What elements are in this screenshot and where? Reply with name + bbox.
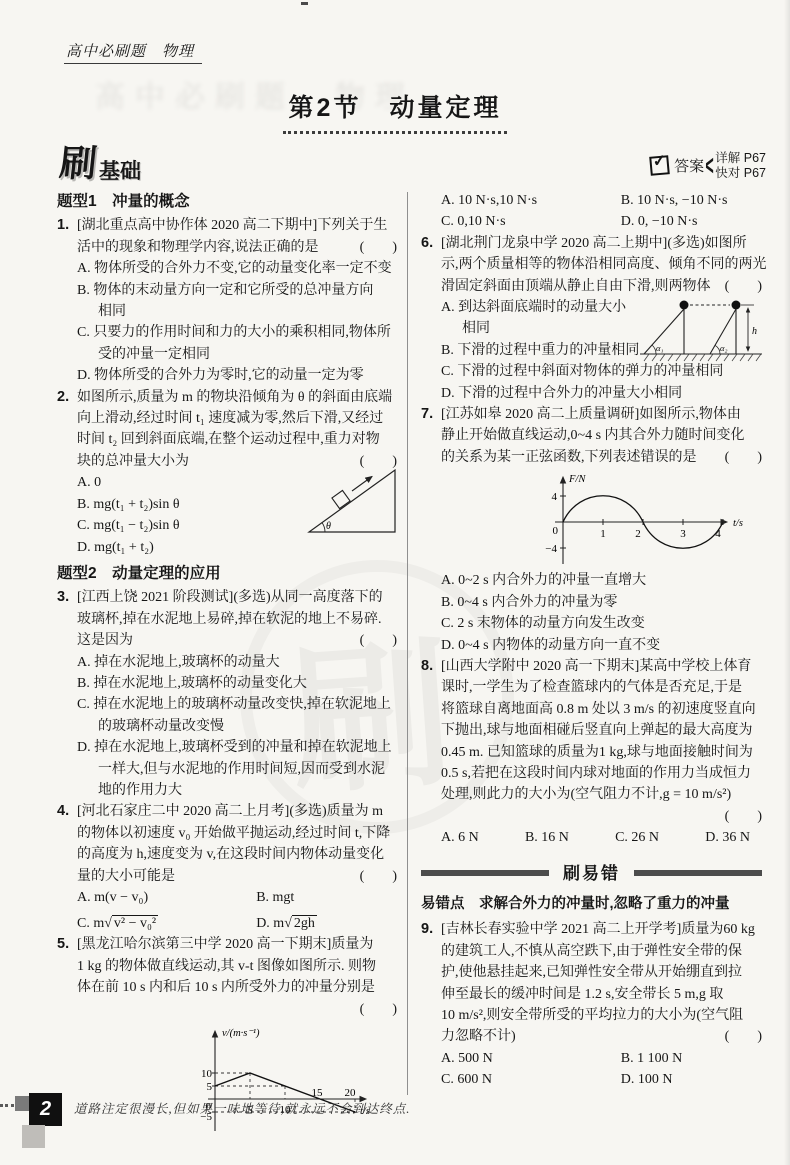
y-tick-label: 5: [207, 1081, 213, 1093]
answer-reference: ✓ 答案 < 详解 P67 快对 P67: [650, 150, 766, 181]
question-8: 8. [山西大学附中 2020 高一下期末]某高中学校上体育 课时,一学生为了检…: [421, 656, 762, 849]
question-text: 的物体以初速度 v₀ 开始做平抛运动,经过时间 t,下降: [77, 823, 397, 844]
question-text: 静止开始做直线运动,0~4 s 内其合外力随时间变化: [441, 425, 762, 446]
double-incline-figure: h α₁ α₂: [640, 297, 762, 365]
question-body: [湖北重点高中协作体 2020 高二下期中]下列关于生 活中的现象和物理学内容,…: [77, 215, 397, 386]
option-d: D. mg(t₁ + t₂): [77, 537, 272, 558]
question-number: 6.: [421, 233, 441, 404]
column-divider: [407, 192, 408, 1095]
angle-label: θ: [326, 521, 331, 532]
answer-paren: ( ): [360, 866, 397, 887]
question-text: [江苏如皋 2020 高二上质量调研]如图所示,物体由: [441, 404, 762, 425]
option-d: D. 100 N: [621, 1069, 673, 1090]
option-c-cont: 受的冲量一定相同: [98, 344, 397, 365]
question-text-line: 的关系为某一正弦函数,下列表述错误的是 ( ): [441, 447, 762, 468]
question-text: [江西上饶 2021 阶段测试](多选)从同一高度落下的: [77, 587, 397, 608]
question-3: 3. [江西上饶 2021 阶段测试](多选)从同一高度落下的 玻璃杯,掉在水泥…: [57, 587, 397, 801]
question-text: 示,两个质量相等的物体沿相同高度、倾角不同的两光: [441, 254, 762, 275]
options-row: A. m(v − v₀) B. mgt: [77, 887, 397, 908]
question-number: 2.: [57, 387, 77, 558]
question-6: 6. [湖北荆门龙泉中学 2020 高二上期中](多选)如图所 示,两个质量相等…: [421, 233, 762, 404]
question-text: 1 kg 的物体做直线运动,其 v-t 图像如图所示. 则物: [77, 956, 397, 977]
option-d: D. 下滑的过程中合外力的冲量大小相同: [441, 383, 762, 404]
answer-paren: ( ): [360, 237, 397, 258]
velocity-time-graph: v/(m·s⁻¹) 10 5 0 −5 5 10 15 20 t/s: [170, 1023, 375, 1135]
error-section-header: 刷易错: [421, 863, 762, 884]
answer-paren: ( ): [725, 1026, 762, 1047]
x-tick-label: 20: [345, 1087, 357, 1099]
question-text: 体在前 10 s 内和后 10 s 内所受外力的冲量分别是: [77, 977, 397, 998]
incline-figure: θ: [307, 466, 397, 536]
option-c: C. 只要力的作用时间和力的大小的乘积相同,物体所: [77, 322, 397, 343]
option-b: B. 16 N: [525, 827, 569, 848]
question-7: 7. [江苏如皋 2020 高二上质量调研]如图所示,物体由 静止开始做直线运动…: [421, 404, 762, 656]
option-c-prefix: C. m√: [77, 916, 112, 931]
height-label: h: [752, 326, 757, 337]
answer-quick-page: 快对 P67: [715, 166, 766, 181]
block: [332, 491, 350, 509]
angle-label-right: α₂: [720, 343, 727, 353]
x-tick-label: 2: [635, 528, 641, 540]
question-text-line: 力忽略不计) ( ): [441, 1026, 762, 1047]
question-text-line: 这是因为 ( ): [77, 630, 397, 651]
question-body: 如图所示,质量为 m 的物块沿倾角为 θ 的斜面由底端 向上滑动,经过时间 t₁…: [77, 387, 397, 558]
logo-small-text: 基础: [99, 155, 141, 185]
answer-label: 答案: [674, 155, 704, 176]
option-c: C. 0,10 N·s: [441, 211, 621, 232]
check-glyph: ✓: [652, 150, 667, 171]
question-text: 力忽略不计): [441, 1026, 516, 1047]
question-text: 下抛出,球与地面相碰后竖直向上弹起的最大高度为: [441, 720, 762, 741]
option-a: A. 6 N: [441, 827, 479, 848]
page-number: 2: [40, 1098, 51, 1121]
angle-arc: [322, 523, 325, 532]
workbook-page: 高中必刷题 物理 刷 高中必刷题 物理 第2节 动量定理 刷基础 ✓ 答案 < …: [0, 0, 790, 1165]
scan-speck: [301, 2, 308, 5]
topic-heading-2: 题型2 动量定理的应用: [57, 563, 397, 584]
option-a: A. 500 N: [441, 1048, 621, 1069]
question-number: 8.: [421, 656, 441, 849]
question-text: 如图所示,质量为 m 的物块沿倾角为 θ 的斜面由底端: [77, 387, 397, 408]
option-d-radicand: 2gh: [292, 915, 317, 931]
y-tick-label: −4: [545, 543, 557, 555]
footer-square-dark: [15, 1096, 30, 1111]
y-tick-label: 10: [201, 1068, 213, 1080]
option-a: A. 掉在水泥地上,玻璃杯的动量大: [77, 652, 397, 673]
options-row: C. 600 N D. 100 N: [441, 1069, 762, 1090]
option-b: B. 物体的末动量方向一定和它所受的总冲量方向: [77, 280, 397, 301]
options-row: C. 0,10 N·s D. 0, −10 N·s: [441, 211, 762, 232]
x-axis-label: t/s: [733, 518, 743, 529]
options-with-figure: A. 0 B. mg(t₁ + t₂)sin θ C. mg(t₁ − t₂)s…: [77, 472, 397, 558]
options-row: C. m√v² − v₀² D. m√2gh: [77, 908, 397, 934]
ground-hatching: [644, 354, 761, 361]
question-text: 0.45 m. 已知篮球的质量为1 kg,球与地面接触时间为: [441, 742, 762, 763]
section-title-wrap: 第2节 动量定理: [0, 88, 790, 134]
option-d: D. 物体所受的合外力为零时,它的动量一定为零: [77, 365, 397, 386]
answer-pages: 详解 P67 快对 P67: [715, 151, 766, 181]
y-tick-label: 4: [552, 491, 558, 503]
angle-label-left: α₁: [656, 343, 663, 353]
question-1: 1. [湖北重点高中协作体 2020 高二下期中]下列关于生 活中的现象和物理学…: [57, 215, 397, 386]
option-c: C. m√v² − v₀²: [77, 913, 256, 934]
question-text: 0.5 s,若把在这段时间内球对地面的作用力当成恒力: [441, 763, 762, 784]
page-title: 第2节 动量定理: [283, 88, 508, 134]
question-text: [吉林长春实验中学 2021 高二上开学考]质量为60 kg: [441, 919, 762, 940]
left-column: 题型1 冲量的概念 1. [湖北重点高中协作体 2020 高二下期中]下列关于生…: [57, 190, 397, 1135]
question-text: 处理,则此力的大小为(空气阻力不计,g = 10 m/s²): [441, 784, 762, 805]
basics-section-logo: 刷基础: [60, 133, 141, 187]
force-time-sine-graph: F/N 4 −4 0 1 2 3 4 t/s: [521, 470, 749, 568]
logo-big-char: 刷: [57, 133, 100, 187]
question-text: [湖北重点高中协作体 2020 高二下期中]下列关于生: [77, 215, 397, 236]
option-b: B. mg(t₁ + t₂)sin θ: [77, 494, 272, 515]
option-b: B. 1 100 N: [621, 1048, 682, 1069]
question-text: 将篮球自离地面高 0.8 m 处以 3 m/s 的初速度竖直向: [441, 699, 762, 720]
question-text: [河北石家庄二中 2020 高二上月考](多选)质量为 m: [77, 801, 397, 822]
question-text-line: 滑固定斜面由顶端从静止自由下滑,则两物体 ( ): [441, 276, 762, 297]
topic-heading-1: 题型1 冲量的概念: [57, 191, 397, 212]
question-text: 课时,一学生为了检查篮球内的气体是否充足,于是: [441, 677, 762, 698]
question-text: 的建筑工人,不慎从高空跌下,由于弹性安全带的保: [441, 941, 762, 962]
question-body: [江苏如皋 2020 高二上质量调研]如图所示,物体由 静止开始做直线运动,0~…: [441, 404, 762, 656]
question-9: 9. [吉林长春实验中学 2021 高二上开学考]质量为60 kg 的建筑工人,…: [421, 919, 762, 1090]
question-text: [湖北荆门龙泉中学 2020 高二上期中](多选)如图所: [441, 233, 762, 254]
question-text: 的关系为某一正弦函数,下列表述错误的是: [441, 447, 697, 468]
option-c: C. 600 N: [441, 1069, 621, 1090]
header-bar-left: [421, 870, 549, 876]
x-tick-label: 1: [600, 528, 606, 540]
option-d: D. 0~4 s 内物体的动量方向一直不变: [441, 635, 762, 656]
option-a: A. m(v − v₀): [77, 887, 256, 908]
question-text: 这是因为: [77, 630, 133, 651]
question-text: 向上滑动,经过时间 t₁ 速度减为零,然后下滑,又经过: [77, 408, 397, 429]
answer-detail-page: 详解 P67: [715, 151, 766, 166]
option-d: D. m√2gh: [256, 913, 317, 934]
question-text: [黑龙江哈尔滨第三中学 2020 高一下期末]质量为: [77, 934, 397, 955]
answer-paren: ( ): [725, 447, 762, 468]
options-with-figure: A. 到达斜面底端时的动量大小 相同 B. 下滑的过程中重力的冲量相同: [441, 297, 762, 361]
option-c: C. 掉在水泥地上的玻璃杯动量改变快,掉在软泥地上: [77, 694, 397, 715]
option-c-cont: 的玻璃杯动量改变慢: [98, 716, 397, 737]
question-text: 伸至最长的缓冲时间是 1.2 s,安全带长 5 m,g 取: [441, 984, 762, 1005]
option-d-cont: 地的作用力大: [98, 780, 397, 801]
option-a: A. 到达斜面底端时的动量大小: [441, 297, 651, 318]
question-body: [吉林长春实验中学 2021 高二上开学考]质量为60 kg 的建筑工人,不慎从…: [441, 919, 762, 1090]
y-axis-label: v/(m·s⁻¹): [222, 1028, 260, 1039]
option-a: A. 0~2 s 内合外力的冲量一直增大: [441, 570, 762, 591]
question-text: 活中的现象和物理学内容,说法正确的是: [77, 237, 319, 258]
question-number: 7.: [421, 404, 441, 656]
question-5-options: A. 10 N·s,10 N·s B. 10 N·s, −10 N·s C. 0…: [421, 190, 762, 233]
question-2: 2. 如图所示,质量为 m 的物块沿倾角为 θ 的斜面由底端 向上滑动,经过时间…: [57, 387, 397, 558]
right-ball: [732, 301, 741, 310]
option-a: A. 10 N·s,10 N·s: [441, 190, 621, 211]
option-d: D. 36 N: [705, 827, 750, 848]
option-c: C. 26 N: [615, 827, 659, 848]
checkbox-icon: ✓: [649, 155, 670, 176]
option-a: A. 物体所受的合外力不变,它的动量变化率一定不变: [77, 258, 397, 279]
footer-square-light: [22, 1125, 45, 1148]
error-section-title: 刷易错: [563, 863, 620, 884]
option-d-prefix: D. m√: [256, 916, 292, 931]
options: A. 0 B. mg(t₁ + t₂)sin θ C. mg(t₁ − t₂)s…: [77, 472, 272, 558]
question-text-line: 活中的现象和物理学内容,说法正确的是 ( ): [77, 237, 397, 258]
options-row: A. 6 N B. 16 N C. 26 N D. 36 N: [441, 827, 762, 848]
option-c-radicand: v² − v₀²: [112, 915, 158, 931]
options-row: A. 10 N·s,10 N·s B. 10 N·s, −10 N·s: [441, 190, 762, 211]
option-d-cont: 一样大,但与水泥地的作用时间短,因而受到水泥: [98, 759, 397, 780]
question-number: 4.: [57, 801, 77, 934]
question-text-line: 量的大小可能是 ( ): [77, 866, 397, 887]
option-b: B. 10 N·s, −10 N·s: [621, 190, 728, 211]
x-tick-label: 3: [680, 528, 686, 540]
footer-motto: 道路注定很漫长,但如果一味地等待,就永远不会到达终点.: [74, 1099, 410, 1117]
question-4: 4. [河北石家庄二中 2020 高二上月考](多选)质量为 m 的物体以初速度…: [57, 801, 397, 934]
error-point-heading: 易错点 求解合外力的冲量时,忽略了重力的冲量: [421, 894, 762, 915]
answer-paren: ( ): [725, 276, 762, 297]
left-ball: [680, 301, 689, 310]
option-b: B. 下滑的过程中重力的冲量相同: [441, 340, 651, 361]
question-text: 护,使他悬挂起来,已知弹性安全带从开始绷直到拉: [441, 962, 762, 983]
question-text: 块的总冲量大小为: [77, 451, 189, 472]
header-bar-right: [634, 870, 762, 876]
spacer: [421, 190, 441, 233]
right-column: A. 10 N·s,10 N·s B. 10 N·s, −10 N·s C. 0…: [421, 190, 762, 1091]
option-d: D. 0, −10 N·s: [621, 211, 698, 232]
origin-label: 0: [553, 525, 559, 537]
option-c: C. mg(t₁ − t₂)sin θ: [77, 515, 272, 536]
question-text: 滑固定斜面由顶端从静止自由下滑,则两物体: [441, 276, 711, 297]
option-b-cont: 相同: [98, 301, 397, 322]
x-tick-label: 4: [715, 528, 721, 540]
question-body: [山西大学附中 2020 高一下期末]某高中学校上体育 课时,一学生为了检查篮球…: [441, 656, 762, 849]
question-number: 3.: [57, 587, 77, 801]
question-number: 1.: [57, 215, 77, 386]
option-b: B. mgt: [256, 887, 294, 908]
question-body: A. 10 N·s,10 N·s B. 10 N·s, −10 N·s C. 0…: [441, 190, 762, 233]
question-body: [河北石家庄二中 2020 高二上月考](多选)质量为 m 的物体以初速度 v₀…: [77, 801, 397, 934]
page-number-badge: 2: [29, 1093, 62, 1126]
left-incline: [644, 309, 684, 354]
option-b: B. 掉在水泥地上,玻璃杯的动量变化大: [77, 673, 397, 694]
option-b: B. 0~4 s 内合外力的冲量为零: [441, 592, 762, 613]
option-a: A. 0: [77, 472, 272, 493]
options: A. 到达斜面底端时的动量大小 相同 B. 下滑的过程中重力的冲量相同: [441, 297, 651, 361]
option-c: C. 2 s 末物体的动量方向发生改变: [441, 613, 762, 634]
question-body: [湖北荆门龙泉中学 2020 高二上期中](多选)如图所 示,两个质量相等的物体…: [441, 233, 762, 404]
question-body: [江西上饶 2021 阶段测试](多选)从同一高度落下的 玻璃杯,掉在水泥地上易…: [77, 587, 397, 801]
y-axis-label: F/N: [568, 474, 586, 485]
answer-paren: ( ): [441, 806, 762, 827]
question-text: 量的大小可能是: [77, 866, 175, 887]
answer-paren: ( ): [77, 999, 397, 1020]
question-text: 玻璃杯,掉在水泥地上易碎,掉在软泥的地上不易碎.: [77, 609, 397, 630]
question-number: 9.: [421, 919, 441, 1090]
booklet-header: 高中必刷题 物理: [64, 40, 202, 64]
answer-paren: ( ): [360, 630, 397, 651]
options-row: A. 500 N B. 1 100 N: [441, 1048, 762, 1069]
question-text: 时间 t₂ 回到斜面底端,在整个运动过程中,重力对物: [77, 429, 397, 450]
x-tick-label: 15: [312, 1087, 324, 1099]
option-a-cont: 相同: [462, 318, 651, 339]
question-text: [山西大学附中 2020 高一下期末]某高中学校上体育: [441, 656, 762, 677]
brace-icon: <: [706, 148, 714, 182]
question-text: 10 m/s²,则安全带所受的平均拉力的大小为(空气阻: [441, 1005, 762, 1026]
option-d: D. 掉在水泥地上,玻璃杯受到的冲量和掉在软泥地上: [77, 737, 397, 758]
question-text: 的高度为 h,速度变为 v,在这段时间内物体动量变化: [77, 844, 397, 865]
